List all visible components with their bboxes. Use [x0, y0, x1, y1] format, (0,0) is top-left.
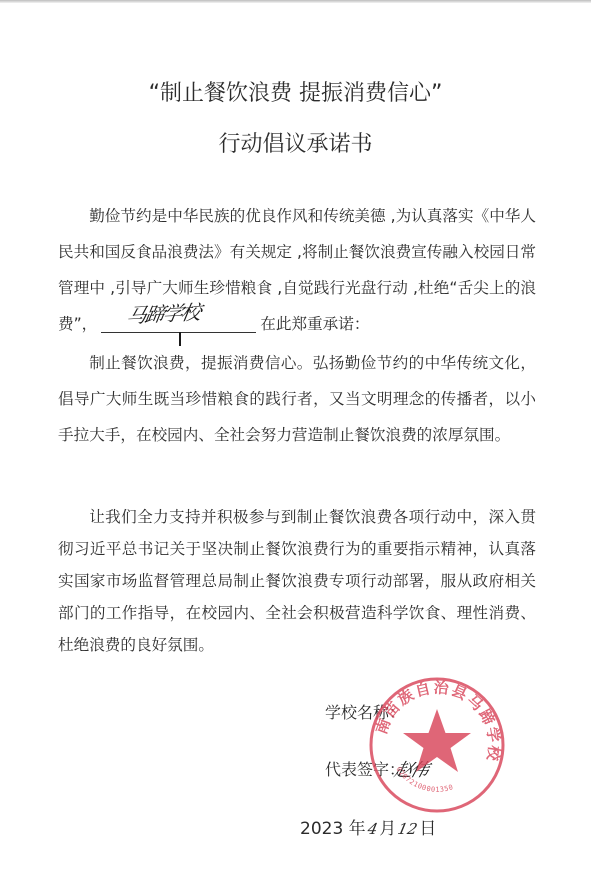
date-day: 12: [396, 820, 419, 838]
date-month: 4: [366, 820, 379, 838]
paragraph-intro-tail: 在此郑重承诺：: [260, 315, 369, 333]
paragraph-action: 让我们全力支持并积极参与到制止餐饮浪费各项行动中，深入贯彻习近平总书记关于坚决制…: [58, 501, 536, 661]
school-name-blank: 马蹄学校: [101, 312, 256, 333]
paragraph-commitment: 制止餐饮浪费，提振消费信心。弘扬勤俭节约的中华传统文化，倡导广大师生既当珍惜粮食…: [58, 345, 536, 453]
school-name-label: 学校名称：: [325, 700, 405, 723]
date-year-suffix: 年: [349, 819, 366, 839]
signing-date: 2023 年4月12日: [300, 814, 436, 839]
date-month-suffix: 月: [379, 819, 396, 839]
official-seal-icon: 南苗族自治县马蹄学校 02072100001350: [367, 675, 507, 815]
document-title-line2: 行动倡议承诺书: [0, 127, 591, 158]
representative-signature: 赵伟: [392, 756, 431, 782]
handwritten-school-name: 马蹄学校: [124, 294, 202, 334]
document-title-line1: “制止餐饮浪费 提振消费信心”: [0, 76, 591, 107]
date-day-suffix: 日: [419, 819, 436, 839]
date-year: 2023: [300, 819, 343, 839]
paragraph-intro: 勤俭节约是中华民族的优良作风和传统美德 ,为认真落实《中华人民共和国反食品浪费法…: [58, 198, 536, 342]
scan-top-edge: [0, 0, 591, 3]
handwriting-stroke: [179, 332, 181, 346]
